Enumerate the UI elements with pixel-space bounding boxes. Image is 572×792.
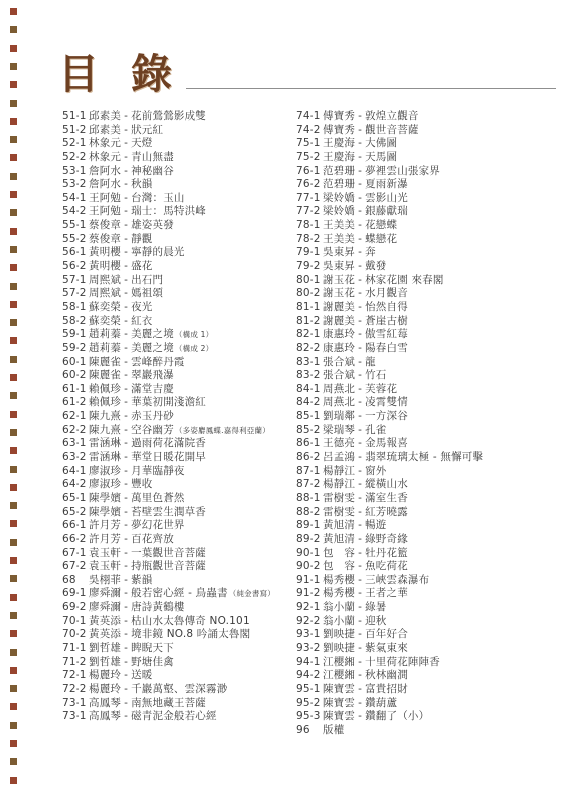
separator: - <box>124 519 128 531</box>
separator: - <box>358 178 362 190</box>
toc-entry: 89-1黃旭清-暢遊 <box>296 517 564 531</box>
toc-entry: 78-2王美美-蝶戀花 <box>296 231 564 245</box>
separator: - <box>124 697 128 709</box>
toc-entry: 57-1周熙斌-出石門 <box>62 272 294 286</box>
toc-entry: 66-1許月芳-夢幻花世界 <box>62 517 294 531</box>
entry-number: 90-1 <box>296 547 323 559</box>
border-square-icon <box>10 209 17 216</box>
toc-entry: 93-2劉映捷-紫氣東來 <box>296 640 564 654</box>
entry-number: 59-2 <box>62 342 89 354</box>
separator: - <box>124 124 128 136</box>
separator: - <box>124 356 128 368</box>
border-square-icon <box>10 136 17 143</box>
toc-entry: 58-2蘇奕榮-紅衣 <box>62 313 294 327</box>
separator: - <box>358 547 362 559</box>
separator: - <box>124 328 128 340</box>
separator: - <box>124 178 128 190</box>
border-square-icon <box>10 667 17 674</box>
separator: - <box>124 396 128 408</box>
toc-entry: 95-2陳寶雲-鑽葫蘆 <box>296 695 564 709</box>
toc-entry: 53-2詹阿水-秋韻 <box>62 176 294 190</box>
decorative-border <box>10 0 18 792</box>
separator: - <box>124 315 128 327</box>
entry-number: 87-1 <box>296 465 323 477</box>
entry-number: 69-2 <box>62 601 89 613</box>
entry-number: 93-1 <box>296 628 323 640</box>
page-header: 目 錄 <box>58 50 172 98</box>
separator: - <box>358 669 362 681</box>
entry-number: 90-2 <box>296 560 323 572</box>
separator: - <box>124 478 128 490</box>
toc-entry: 62-2陳九熹-空谷幽芳（多姿麝鳳蝶.嘉得利亞蘭） <box>62 422 294 436</box>
separator: - <box>358 219 362 231</box>
border-square-icon <box>10 630 17 637</box>
toc-entry: 64-1廖淑珍-月華臨靜夜 <box>62 463 294 477</box>
entry-number: 75-1 <box>296 137 323 149</box>
toc-entry: 55-2蔡俊章-靜觀 <box>62 231 294 245</box>
border-square-icon <box>10 337 17 344</box>
separator: - <box>124 628 128 640</box>
separator: - <box>358 383 362 395</box>
toc-entry: 61-2賴佩珍-華葉初開淺澹紅 <box>62 394 294 408</box>
toc-entry: 61-1賴佩珍-滿堂吉慶 <box>62 381 294 395</box>
toc-entry: 75-1王慶海-大佛圖 <box>296 135 564 149</box>
separator: - <box>124 287 128 299</box>
separator: - <box>358 410 362 422</box>
toc-entry: 74-1傅寶秀-敦煌立觀音 <box>296 108 564 122</box>
entry-number: 64-2 <box>62 478 89 490</box>
separator: - <box>358 356 362 368</box>
separator: - <box>358 615 362 627</box>
separator: - <box>124 301 128 313</box>
border-square-icon <box>10 575 17 582</box>
separator: - <box>358 683 362 695</box>
border-square-icon <box>10 411 17 418</box>
artwork-note: （構成 2） <box>175 343 213 354</box>
toc-entry: 63-2雷涵琳-華堂日暖花開早 <box>62 449 294 463</box>
separator: - <box>358 233 362 245</box>
toc-entry: 51-2邱素美-狀元紅 <box>62 122 294 136</box>
separator: - <box>124 710 128 722</box>
toc-column-left: 51-1邱素美-花前鶯鶯影成雙51-2邱素美-狀元紅52-1林象元-天燈52-2… <box>62 108 294 722</box>
toc-entry: 52-1林象元-天燈 <box>62 135 294 149</box>
entry-number: 52-1 <box>62 137 89 149</box>
separator: - <box>358 342 362 354</box>
separator: - <box>124 165 128 177</box>
separator: - <box>358 260 362 272</box>
toc-entry: 69-2廖舜濔-唐詩黃鶴樓 <box>62 599 294 613</box>
toc-entry: 82-2康惠玲-陽春白雪 <box>296 340 564 354</box>
entry-number: 94-2 <box>296 669 323 681</box>
toc-entry: 76-1范碧珊-夢裡雲山張家界 <box>296 163 564 177</box>
border-square-icon <box>10 539 17 546</box>
toc-entry: 94-2江櫻緗-秋林幽澗 <box>296 667 564 681</box>
entry-number: 62-1 <box>62 410 89 422</box>
toc-entry: 63-1雷涵琳-過雨荷花滿院香 <box>62 435 294 449</box>
separator: - <box>358 492 362 504</box>
toc-entry: 62-1陳九熹-赤玉丹砂 <box>62 408 294 422</box>
entry-number: 61-2 <box>62 396 89 408</box>
toc-entry: 52-2林象元-青山無盡 <box>62 149 294 163</box>
border-square-icon <box>10 100 17 107</box>
border-square-icon <box>10 63 17 70</box>
separator: - <box>124 274 128 286</box>
entry-number: 69-1 <box>62 587 89 599</box>
entry-number: 53-2 <box>62 178 89 190</box>
border-square-icon <box>10 8 17 15</box>
toc-entry: 87-2楊靜江-縱橫山水 <box>296 476 564 490</box>
separator: - <box>124 587 128 599</box>
toc-entry: 70-1黃英添-枯山水太魯傳奇 NO.101 <box>62 613 294 627</box>
separator: - <box>358 110 362 122</box>
border-square-icon <box>10 557 17 564</box>
border-square-icon <box>10 740 17 747</box>
toc-entry: 55-1蔡俊章-雄姿英發 <box>62 217 294 231</box>
toc-entry: 51-1邱素美-花前鶯鶯影成雙 <box>62 108 294 122</box>
toc-entry: 57-2周熙斌-媽祖頌 <box>62 285 294 299</box>
border-square-icon <box>10 228 17 235</box>
toc-entry: 59-2趙莉蓁-美麗之境（構成 2） <box>62 340 294 354</box>
toc-entry: 84-1周燕北-芙蓉花 <box>296 381 564 395</box>
entry-number: 57-2 <box>62 287 89 299</box>
entry-number: 81-2 <box>296 315 323 327</box>
entry-number: 95-3 <box>296 710 323 722</box>
border-square-icon <box>10 191 17 198</box>
separator: - <box>358 205 362 217</box>
entry-number: 52-2 <box>62 151 89 163</box>
entry-number: 76-2 <box>296 178 323 190</box>
entry-number: 80-2 <box>296 287 323 299</box>
entry-number: 82-2 <box>296 342 323 354</box>
toc-column-right: 74-1傅寶秀-敦煌立觀音74-2傅寶秀-觀世音菩薩75-1王慶海-大佛圖75-… <box>296 108 564 735</box>
separator: - <box>124 219 128 231</box>
separator: - <box>358 246 362 258</box>
border-square-icon <box>10 722 17 729</box>
separator: - <box>124 642 128 654</box>
separator: - <box>358 451 362 463</box>
entry-number: 85-2 <box>296 424 323 436</box>
entry-number: 56-1 <box>62 246 89 258</box>
toc-entry: 59-1趙莉蓁-美麗之境（構成 1） <box>62 326 294 340</box>
separator: - <box>124 547 128 559</box>
separator: - <box>358 465 362 477</box>
toc-entry: 65-2陳學嬪-苔壁雲生潤草香 <box>62 504 294 518</box>
separator: - <box>124 137 128 149</box>
separator: - <box>124 574 128 586</box>
entry-number: 51-1 <box>62 110 89 122</box>
entry-number: 95-1 <box>296 683 323 695</box>
entry-number: 71-1 <box>62 642 89 654</box>
entry-number: 70-1 <box>62 615 89 627</box>
entry-number: 65-2 <box>62 506 89 518</box>
toc-entry: 92-2翁小蘭-迎秋 <box>296 613 564 627</box>
toc-entry: 66-2許月芳-百花齊放 <box>62 531 294 545</box>
toc-entry: 58-1蘇奕榮-夜光 <box>62 299 294 313</box>
entry-number: 79-2 <box>296 260 323 272</box>
entry-number: 54-1 <box>62 192 89 204</box>
entry-number: 54-2 <box>62 205 89 217</box>
entry-number: 51-2 <box>62 124 89 136</box>
separator: - <box>124 437 128 449</box>
toc-entry: 95-3陳寶雲-鑽翻了（小） <box>296 708 564 722</box>
toc-entry: 71-2劉哲雄-野塘佳禽 <box>62 654 294 668</box>
toc-entry: 60-2陳麗雀-翠巖飛瀑 <box>62 367 294 381</box>
entry-number: 80-1 <box>296 274 323 286</box>
toc-entry: 68吳栩菲-紫韻 <box>62 572 294 586</box>
border-square-icon <box>10 484 17 491</box>
entry-number: 68 <box>62 574 89 586</box>
entry-number: 75-2 <box>296 151 323 163</box>
separator: - <box>358 124 362 136</box>
entry-number: 79-1 <box>296 246 323 258</box>
entry-number: 57-1 <box>62 274 89 286</box>
separator: - <box>358 533 362 545</box>
separator: - <box>358 478 362 490</box>
border-square-icon <box>10 283 17 290</box>
artist-name: 高鳳琴 <box>89 708 121 723</box>
artwork-note: （純金書寫） <box>229 588 275 599</box>
toc-entry: 77-1梁姈嬌-雲影山光 <box>296 190 564 204</box>
toc-entry: 93-1劉映捷-百年好合 <box>296 626 564 640</box>
toc-entry: 85-2梁瑞琴-孔雀 <box>296 422 564 436</box>
toc-entry: 74-2傅寶秀-觀世音菩薩 <box>296 122 564 136</box>
artwork-title: 磁青泥金般若心經 <box>131 708 217 723</box>
border-square-icon <box>10 502 17 509</box>
border-square-icon <box>10 447 17 454</box>
entry-number: 73-1 <box>62 697 89 709</box>
border-square-icon <box>10 264 17 271</box>
separator: - <box>124 669 128 681</box>
toc-entry: 87-1楊靜江-窗外 <box>296 463 564 477</box>
toc-entry: 76-2范碧珊-夏雨新瀑 <box>296 176 564 190</box>
separator: - <box>124 342 128 354</box>
toc-entry: 95-1陳寶雲-富貴招財 <box>296 681 564 695</box>
separator: - <box>124 246 128 258</box>
separator: - <box>124 110 128 122</box>
border-square-icon <box>10 649 17 656</box>
entry-number: 71-2 <box>62 656 89 668</box>
border-square-icon <box>10 703 17 710</box>
artwork-note: （構成 1） <box>175 329 213 340</box>
separator: - <box>358 519 362 531</box>
toc-entry: 88-1雷樹雯-滿室生香 <box>296 490 564 504</box>
border-square-icon <box>10 154 17 161</box>
entry-number: 89-1 <box>296 519 323 531</box>
separator: - <box>358 369 362 381</box>
border-square-icon <box>10 26 17 33</box>
border-square-icon <box>10 301 17 308</box>
entry-number: 62-2 <box>62 424 89 436</box>
separator: - <box>358 137 362 149</box>
entry-number: 86-2 <box>296 451 323 463</box>
entry-number: 84-2 <box>296 396 323 408</box>
entry-number: 60-1 <box>62 356 89 368</box>
separator: - <box>358 328 362 340</box>
toc-entry: 70-2黃英添-境非鏡 NO.8 吟誦太魯閣 <box>62 626 294 640</box>
toc-entry: 67-2袁玉軒-持瓶觀世音菩薩 <box>62 558 294 572</box>
toc-entry: 67-1袁玉軒-一葉觀世音菩薩 <box>62 545 294 559</box>
separator: - <box>358 151 362 163</box>
entry-number: 77-1 <box>296 192 323 204</box>
entry-number: 96 <box>296 724 323 736</box>
entry-number: 78-1 <box>296 219 323 231</box>
separator: - <box>358 560 362 572</box>
separator: - <box>358 274 362 286</box>
separator: - <box>358 574 362 586</box>
separator: - <box>358 315 362 327</box>
separator: - <box>358 506 362 518</box>
entry-number: 72-1 <box>62 669 89 681</box>
entry-number: 55-1 <box>62 219 89 231</box>
separator: - <box>358 656 362 668</box>
toc-entry: 96版權 <box>296 722 564 736</box>
entry-number: 55-2 <box>62 233 89 245</box>
entry-number: 89-2 <box>296 533 323 545</box>
border-square-icon <box>10 392 17 399</box>
toc-entry: 79-2吳東昇-戴發 <box>296 258 564 272</box>
toc-entry: 64-2廖淑珍-豐收 <box>62 476 294 490</box>
separator: - <box>124 205 128 217</box>
entry-number: 58-1 <box>62 301 89 313</box>
toc-entry: 73-1高鳳琴-南無地藏王菩薩 <box>62 695 294 709</box>
border-square-icon <box>10 612 17 619</box>
toc-entry: 79-1吳東昇-奔 <box>296 244 564 258</box>
entry-number: 66-2 <box>62 533 89 545</box>
separator: - <box>358 697 362 709</box>
entry-number: 59-1 <box>62 328 89 340</box>
toc-entry: 81-2謝麗美-蒼崖古樹 <box>296 313 564 327</box>
separator: - <box>124 560 128 572</box>
entry-number: 60-2 <box>62 369 89 381</box>
border-square-icon <box>10 246 17 253</box>
separator: - <box>124 369 128 381</box>
separator: - <box>358 587 362 599</box>
toc-entry: 82-1康惠玲-傲雪紅莓 <box>296 326 564 340</box>
entry-number: 63-2 <box>62 451 89 463</box>
separator: - <box>124 192 128 204</box>
entry-number: 95-2 <box>296 697 323 709</box>
entry-number: 78-2 <box>296 233 323 245</box>
entry-number: 87-2 <box>296 478 323 490</box>
separator: - <box>124 615 128 627</box>
border-square-icon <box>10 45 17 52</box>
separator: - <box>358 628 362 640</box>
toc-entry: 86-1王德亮-金馬報喜 <box>296 435 564 449</box>
border-square-icon <box>10 685 17 692</box>
separator: - <box>124 601 128 613</box>
artwork-title: 鑽翻了（小） <box>365 708 429 723</box>
separator: - <box>358 601 362 613</box>
border-square-icon <box>10 173 17 180</box>
toc-entry: 80-1謝玉花-林家花園 來春閣 <box>296 272 564 286</box>
toc-entry: 88-2雷樹雯-紅芳曉露 <box>296 504 564 518</box>
entry-number: 66-1 <box>62 519 89 531</box>
separator: - <box>358 424 362 436</box>
toc-entry: 81-1謝麗美-怡然自得 <box>296 299 564 313</box>
entry-number: 70-2 <box>62 628 89 640</box>
separator: - <box>124 492 128 504</box>
toc-entry: 83-1張合斌-龍 <box>296 354 564 368</box>
toc-entry: 80-2謝玉花-水月觀音 <box>296 285 564 299</box>
separator: - <box>124 451 128 463</box>
toc-entry: 72-2楊麗玲-千巖萬壑、雲深霧渺 <box>62 681 294 695</box>
toc-entry: 85-1劉瑞鄰-一方深谷 <box>296 408 564 422</box>
page-title: 目 <box>58 54 99 95</box>
entry-number: 82-1 <box>296 328 323 340</box>
border-square-icon <box>10 594 17 601</box>
toc-entry: 56-1黃明櫻-寧靜的晨光 <box>62 244 294 258</box>
separator: - <box>124 410 128 422</box>
toc-entry: 77-2梁姈嬌-銀藤獻瑞 <box>296 203 564 217</box>
border-square-icon <box>10 81 17 88</box>
entry-number: 81-1 <box>296 301 323 313</box>
entry-number: 65-1 <box>62 492 89 504</box>
entry-number: 91-2 <box>296 587 323 599</box>
border-square-icon <box>10 429 17 436</box>
entry-number: 93-2 <box>296 642 323 654</box>
separator: - <box>124 233 128 245</box>
toc-entry: 53-1詹阿水-神秘幽谷 <box>62 163 294 177</box>
entry-number: 74-2 <box>296 124 323 136</box>
entry-number: 67-1 <box>62 547 89 559</box>
separator: - <box>358 396 362 408</box>
separator: - <box>358 301 362 313</box>
entry-number: 73-1 <box>62 710 89 722</box>
toc-entry: 54-1王阿勉-台灣：玉山 <box>62 190 294 204</box>
toc-entry: 54-2王阿勉-瑞士：馬特洪峰 <box>62 203 294 217</box>
toc-entry: 78-1王美美-花戀蝶 <box>296 217 564 231</box>
entry-number: 63-1 <box>62 437 89 449</box>
toc-entry: 73-1高鳳琴-磁青泥金般若心經 <box>62 708 294 722</box>
toc-entry: 69-1廖舜濔-般若密心經 - 鳥蟲書（純金書寫） <box>62 585 294 599</box>
toc-entry: 71-1劉哲雄-睥睨天下 <box>62 640 294 654</box>
entry-number: 92-1 <box>296 601 323 613</box>
toc-entry: 89-2黃旭清-綠野奇緣 <box>296 531 564 545</box>
toc-entry: 90-1包 容-牡丹花籃 <box>296 545 564 559</box>
separator: - <box>358 710 362 722</box>
toc-entry: 90-2包 容-魚吃荷花 <box>296 558 564 572</box>
toc-page: 目 錄 51-1邱素美-花前鶯鶯影成雙51-2邱素美-狀元紅52-1林象元-天燈… <box>0 0 572 792</box>
entry-number: 85-1 <box>296 410 323 422</box>
header-rule <box>186 88 556 89</box>
toc-entry: 86-2呂孟鴻-翡翠琉璃太極 - 無懈可擊 <box>296 449 564 463</box>
separator: - <box>124 656 128 668</box>
separator: - <box>124 424 128 436</box>
entry-number: 53-1 <box>62 165 89 177</box>
entry-number: 74-1 <box>296 110 323 122</box>
entry-number: 83-1 <box>296 356 323 368</box>
toc-entry: 91-2楊秀櫻-王者之華 <box>296 585 564 599</box>
entry-number: 61-1 <box>62 383 89 395</box>
toc-entry: 72-1楊麗玲-送暖 <box>62 667 294 681</box>
separator: - <box>124 683 128 695</box>
separator: - <box>124 465 128 477</box>
entry-number: 72-2 <box>62 683 89 695</box>
entry-number: 76-1 <box>296 165 323 177</box>
border-square-icon <box>10 466 17 473</box>
entry-number: 92-2 <box>296 615 323 627</box>
separator: - <box>124 151 128 163</box>
border-square-icon <box>10 118 17 125</box>
entry-number: 88-2 <box>296 506 323 518</box>
entry-number: 88-1 <box>296 492 323 504</box>
artist-name: 版權 <box>323 722 344 737</box>
entry-number: 83-2 <box>296 369 323 381</box>
toc-entry: 84-2周燕北-凌霄雙情 <box>296 394 564 408</box>
toc-entry: 75-2王慶海-天馬圖 <box>296 149 564 163</box>
separator: - <box>358 287 362 299</box>
toc-entry: 65-1陳學嬪-萬里色蒼然 <box>62 490 294 504</box>
